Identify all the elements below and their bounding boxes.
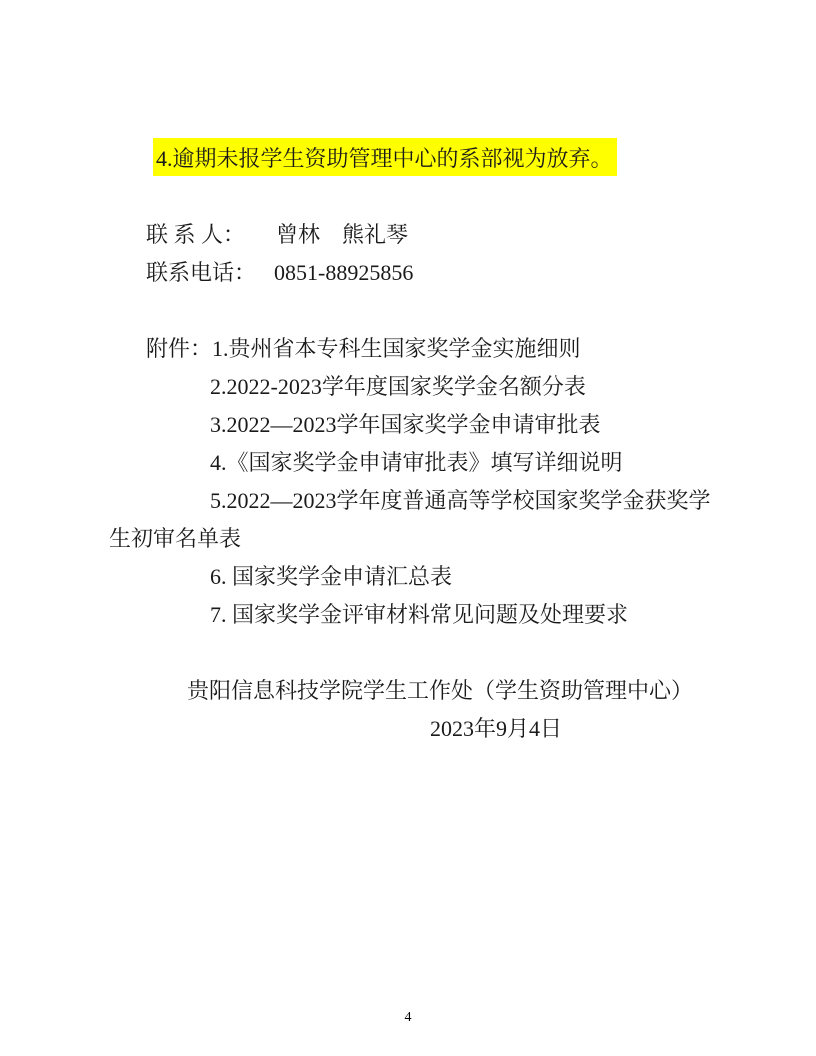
attachments-label: 附件：: [146, 336, 212, 361]
contact-phone-label: 联系电话：: [146, 260, 256, 285]
attachment-item-6: 6. 国家奖学金申请汇总表: [210, 558, 709, 596]
attachments-first-line: 附件：1.贵州省本专科生国家奖学金实施细则: [146, 330, 709, 368]
attachment-item-3: 3.2022—2023学年国家奖学金申请审批表: [210, 406, 709, 444]
contact-person-names: 曾林 熊礼琴: [276, 222, 408, 247]
highlighted-notice-text: 4.逾期未报学生资助管理中心的系部视为放弃。: [153, 138, 617, 176]
blank-line: [109, 634, 709, 672]
attachment-item-1: 1.贵州省本专科生国家奖学金实施细则: [212, 336, 581, 361]
document-page: 4.逾期未报学生资助管理中心的系部视为放弃。 联 系 人：曾林 熊礼琴 联系电话…: [0, 0, 816, 1056]
blank-line: [109, 292, 709, 330]
highlighted-notice-line: 4.逾期未报学生资助管理中心的系部视为放弃。: [153, 140, 709, 178]
document-body: 4.逾期未报学生资助管理中心的系部视为放弃。 联 系 人：曾林 熊礼琴 联系电话…: [109, 140, 709, 748]
contact-person-label: 联 系 人：: [146, 222, 245, 247]
attachment-item-5: 5.2022—2023学年度普通高等学校国家奖学金获奖学: [210, 482, 709, 520]
page-number: 4: [0, 1008, 816, 1028]
contact-phone-line: 联系电话：0851-88925856: [146, 254, 709, 292]
attachment-item-2: 2.2022-2023学年度国家奖学金名额分表: [210, 368, 709, 406]
attachment-item-4: 4.《国家奖学金申请审批表》填写详细说明: [210, 444, 709, 482]
contact-person-line: 联 系 人：曾林 熊礼琴: [146, 216, 709, 254]
blank-line: [109, 178, 709, 216]
attachment-item-7: 7. 国家奖学金评审材料常见问题及处理要求: [210, 596, 709, 634]
attachment-item-5-continuation: 生初审名单表: [109, 520, 709, 558]
contact-phone-number: 0851-88925856: [274, 260, 413, 285]
signature-line: 贵阳信息科技学院学生工作处（学生资助管理中心）: [187, 672, 709, 710]
date-line: 2023年9月4日: [430, 710, 709, 748]
